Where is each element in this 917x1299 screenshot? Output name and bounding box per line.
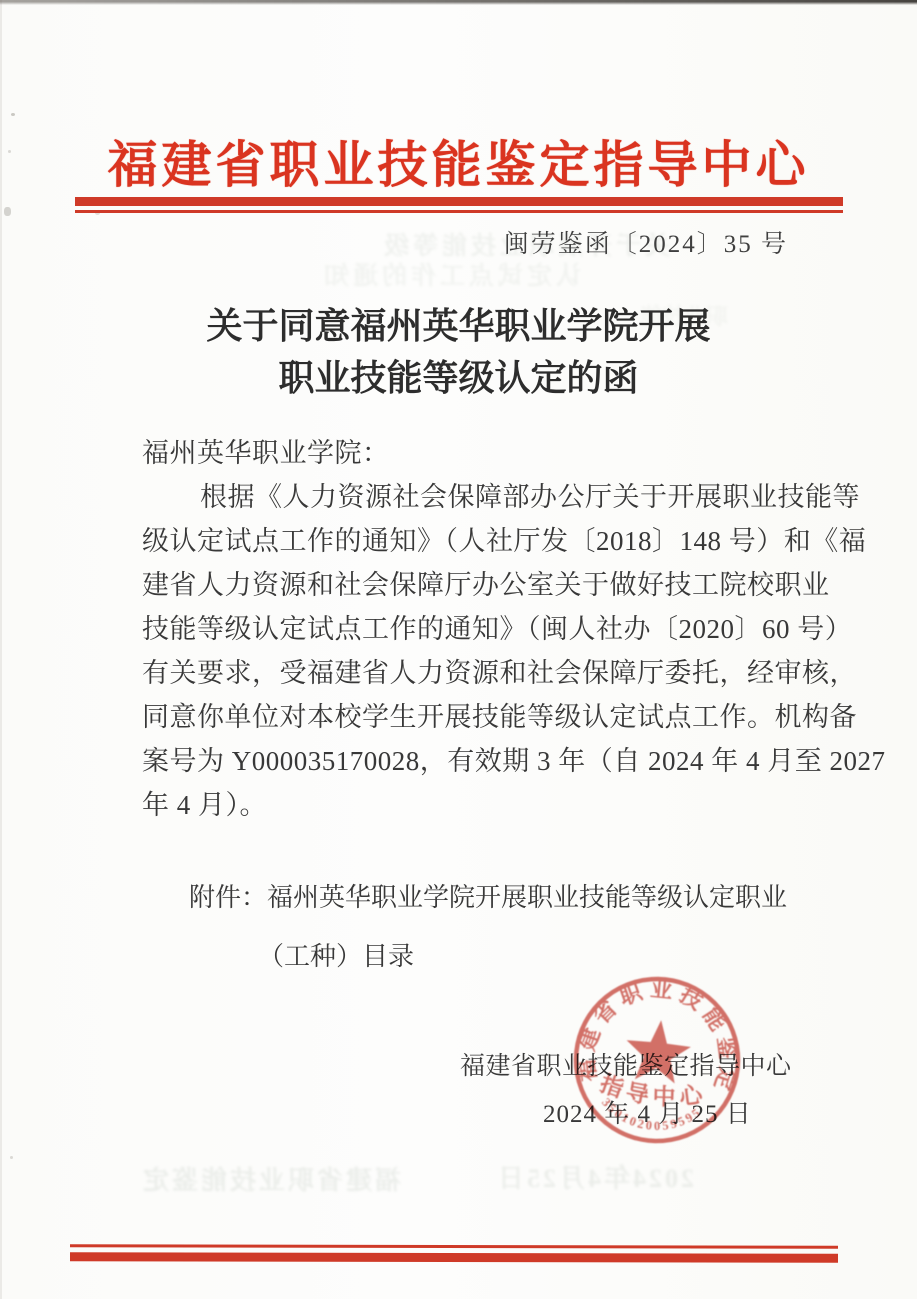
body-line: 根据《人力资源社会保障部办公厅关于开展职业技能等 bbox=[142, 475, 810, 519]
bleedthrough-text: 福建省职业技能鉴定 bbox=[140, 1160, 401, 1197]
document-title: 关于同意福州英华职业学院开展 职业技能等级认定的函 bbox=[0, 300, 917, 404]
body-line: 年 4 月）。 bbox=[142, 783, 810, 827]
document-number: 闽劳鉴函〔2024〕35 号 bbox=[504, 224, 788, 260]
scan-speck bbox=[11, 113, 15, 116]
document-title-line2: 职业技能等级认定的函 bbox=[0, 352, 917, 404]
letterhead-rule-thick bbox=[75, 197, 843, 206]
body-line: 案号为 Y000035170028，有效期 3 年（自 2024 年 4 月至 … bbox=[142, 739, 810, 783]
letterhead-rule-thin bbox=[75, 210, 843, 213]
scanned-official-letter: 关于开展职业技能等级 认定试点工作的通知 职业技能 福建省职业技能鉴定指导中心 … bbox=[0, 0, 917, 1299]
body-line: 级认定试点工作的通知》（人社厅发〔2018〕148 号）和《福 bbox=[142, 519, 810, 563]
attachment-label: 附件： bbox=[189, 883, 267, 912]
body-line: 建省人力资源和社会保障厅办公室关于做好技工院校职业 bbox=[142, 563, 810, 607]
salutation: 福州英华职业学院： bbox=[142, 431, 810, 475]
official-seal-stamp: 福建省职业技能鉴定 指导中心 3501020059595 bbox=[536, 939, 778, 1181]
body-line: 技能等级认定试点工作的通知》（闽人社办〔2020〕60 号） bbox=[142, 607, 810, 651]
body-line: 同意你单位对本校学生开展技能等级认定试点工作。机构备 bbox=[142, 695, 810, 739]
seal-star-icon bbox=[623, 1017, 694, 1085]
letterhead-org-name: 福建省职业技能鉴定指导中心 bbox=[0, 125, 917, 197]
footer-rule-thin bbox=[70, 1244, 838, 1249]
bleedthrough-text: 认定试点工作的通知 bbox=[320, 256, 581, 292]
scan-edge-top-artifact bbox=[0, 0, 917, 5]
document-title-line1: 关于同意福州英华职业学院开展 bbox=[0, 300, 917, 352]
body-line: 有关要求，受福建省人力资源和社会保障厅委托，经审核， bbox=[142, 651, 810, 695]
footer-rule-thick bbox=[70, 1252, 838, 1263]
scan-speck bbox=[4, 207, 11, 216]
scan-speck bbox=[10, 1156, 13, 1159]
letter-body: 福州英华职业学院： 根据《人力资源社会保障部办公厅关于开展职业技能等 级认定试点… bbox=[142, 431, 810, 827]
attachment-line1: 附件：福州英华职业学院开展职业技能等级认定职业 bbox=[189, 868, 787, 927]
attachment-text: 福州英华职业学院开展职业技能等级认定职业 bbox=[267, 883, 787, 912]
